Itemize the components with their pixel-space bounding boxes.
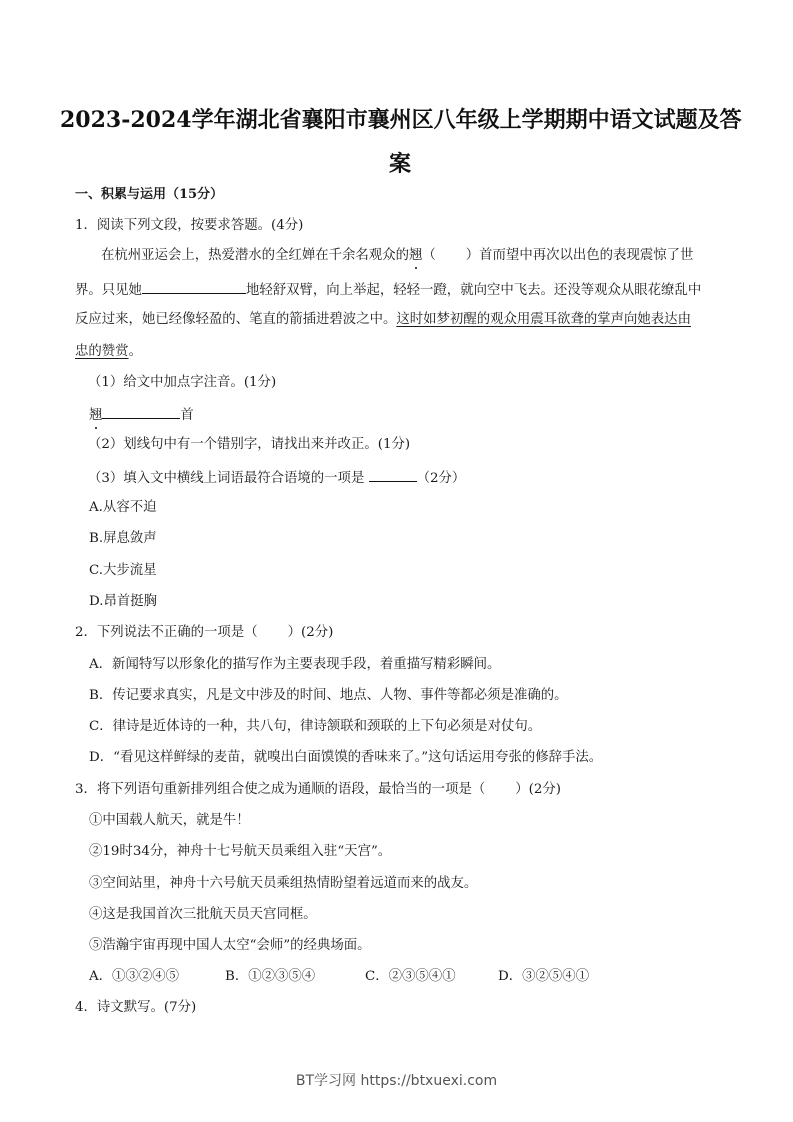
q1-option-b: B.屏息敛声 <box>89 530 157 548</box>
underlined-sentence: 这时如梦初醒的观众用震耳欲聋的掌声向她表达由 <box>396 312 691 327</box>
fill-in-blank[interactable] <box>142 279 246 294</box>
q2-option-c: C．律诗是近体诗的一种，共八句，律诗颔联和颈联的上下句必须是对仗句。 <box>89 718 541 736</box>
q1-option-c: C.大步流星 <box>89 562 157 580</box>
q3-option-c: C．②③⑤④① <box>365 968 456 986</box>
q1-passage-line-2: 界。只见她地轻舒双臂，向上举起，轻轻一蹬，就向空中飞去。还没等观众从眼花缭乱中 <box>75 279 701 300</box>
document-title-line-1: 2023-2024学年湖北省襄阳市襄州区八年级上学期期中语文试题及答 <box>60 103 740 134</box>
footer-watermark: BT学习网 https://btxuexi.com <box>0 1070 793 1090</box>
q3-option-a: A．①③②④⑤ <box>89 968 179 986</box>
q2-stem-score: ）(2分) <box>288 625 334 640</box>
passage-text: 。 <box>129 344 142 359</box>
passage-text: 地轻舒双臂，向上举起，轻轻一蹬，就向空中飞去。还没等观众从眼花缭乱中 <box>246 283 701 298</box>
paren-open: （ <box>422 248 435 263</box>
underlined-sentence: 忠的赞赏 <box>75 344 129 359</box>
q1-option-d: D.昂首挺胸 <box>89 593 157 611</box>
paren-close: ） <box>466 248 479 263</box>
passage-text: 首而望中再次以出色的表现震惊了世 <box>479 248 693 263</box>
question-2-stem: 2．下列说法不正确的一项是（）(2分) <box>75 624 333 642</box>
q1-sub1-answer-line: 翘首 <box>89 404 194 425</box>
question-3-stem: 3．将下列语句重新排列组合使之成为通顺的语段，最恰当的一项是（）(2分) <box>75 781 561 799</box>
dotted-character: 翘 <box>409 247 422 265</box>
q1-passage-line-1: 在杭州亚运会上，热爱潜水的全红婵在千余名观众的翘（）首而望中再次以出色的表现震惊… <box>101 247 693 265</box>
q1-sub3-prompt-line: （3）填入文中横线上词语最符合语境的一项是 （2分） <box>88 467 465 488</box>
document-title-line-2: 案 <box>60 147 740 178</box>
q1-option-a: A.从容不迫 <box>89 499 157 517</box>
question-4-stem: 4．诗文默写。(7分) <box>75 999 196 1017</box>
document-page: 2023-2024学年湖北省襄阳市襄州区八年级上学期期中语文试题及答 案 一、积… <box>0 0 793 1122</box>
section-heading: 一、积累与运用（15分） <box>75 186 223 204</box>
q3-sentence-4: ④这是我国首次三批航天员天宫同框。 <box>89 906 317 924</box>
q1-sub2-prompt: （2）划线句中有一个错别字，请找出来并改正。(1分) <box>88 436 410 454</box>
q2-stem-text: 2．下列说法不正确的一项是（ <box>75 625 258 640</box>
passage-text: 反应过来，她已经像轻盈的、笔直的箭插进碧波之中。 <box>75 312 396 327</box>
q3-stem-score: ）(2分) <box>515 782 561 797</box>
q1-sub3-score: （2分） <box>417 471 466 486</box>
q1-passage-line-3: 反应过来，她已经像轻盈的、笔直的箭插进碧波之中。这时如梦初醒的观众用震耳欲聋的掌… <box>75 311 691 329</box>
q3-option-b: B．①②③⑤④ <box>225 968 315 986</box>
q3-sentence-5: ⑤浩瀚宇宙再现中国人太空“会师”的经典场面。 <box>89 937 371 955</box>
answer-suffix: 首 <box>180 408 193 423</box>
passage-text: 在杭州亚运会上，热爱潜水的全红婵在千余名观众的 <box>101 248 409 263</box>
choice-blank[interactable] <box>369 467 417 482</box>
q1-sub1-prompt: （1）给文中加点字注音。(1分) <box>88 374 276 392</box>
q1-passage-line-4: 忠的赞赏。 <box>75 343 142 361</box>
q1-sub3-prompt: （3）填入文中横线上词语最符合语境的一项是 <box>88 471 364 486</box>
q3-sentence-1: ①中国载人航天，就是牛！ <box>89 812 250 830</box>
q3-sentence-3: ③空间站里，神舟十六号航天员乘组热情盼望着远道而来的战友。 <box>89 875 477 893</box>
q3-sentence-2: ②19时34分，神舟十七号航天员乘组入驻“天宫”。 <box>89 843 391 861</box>
q2-option-b: B．传记要求真实，凡是文中涉及的时间、地点、人物、事件等都必须是准确的。 <box>89 687 568 705</box>
pinyin-blank[interactable] <box>102 404 180 419</box>
passage-text: 界。只见她 <box>75 283 142 298</box>
question-1-stem: 1．阅读下列文段，按要求答题。(4分) <box>75 217 303 235</box>
q2-option-d: D．“看见这样鲜绿的麦苗，就嗅出白面馍馍的香味来了。”这句话运用夸张的修辞手法。 <box>89 749 602 767</box>
q3-stem-text: 3．将下列语句重新排列组合使之成为通顺的语段，最恰当的一项是（ <box>75 782 485 797</box>
q3-option-d: D．③②⑤④① <box>498 968 589 986</box>
q2-option-a: A．新闻特写以形象化的描写作为主要表现手段，着重描写精彩瞬间。 <box>89 656 500 674</box>
dotted-character: 翘 <box>89 407 102 425</box>
